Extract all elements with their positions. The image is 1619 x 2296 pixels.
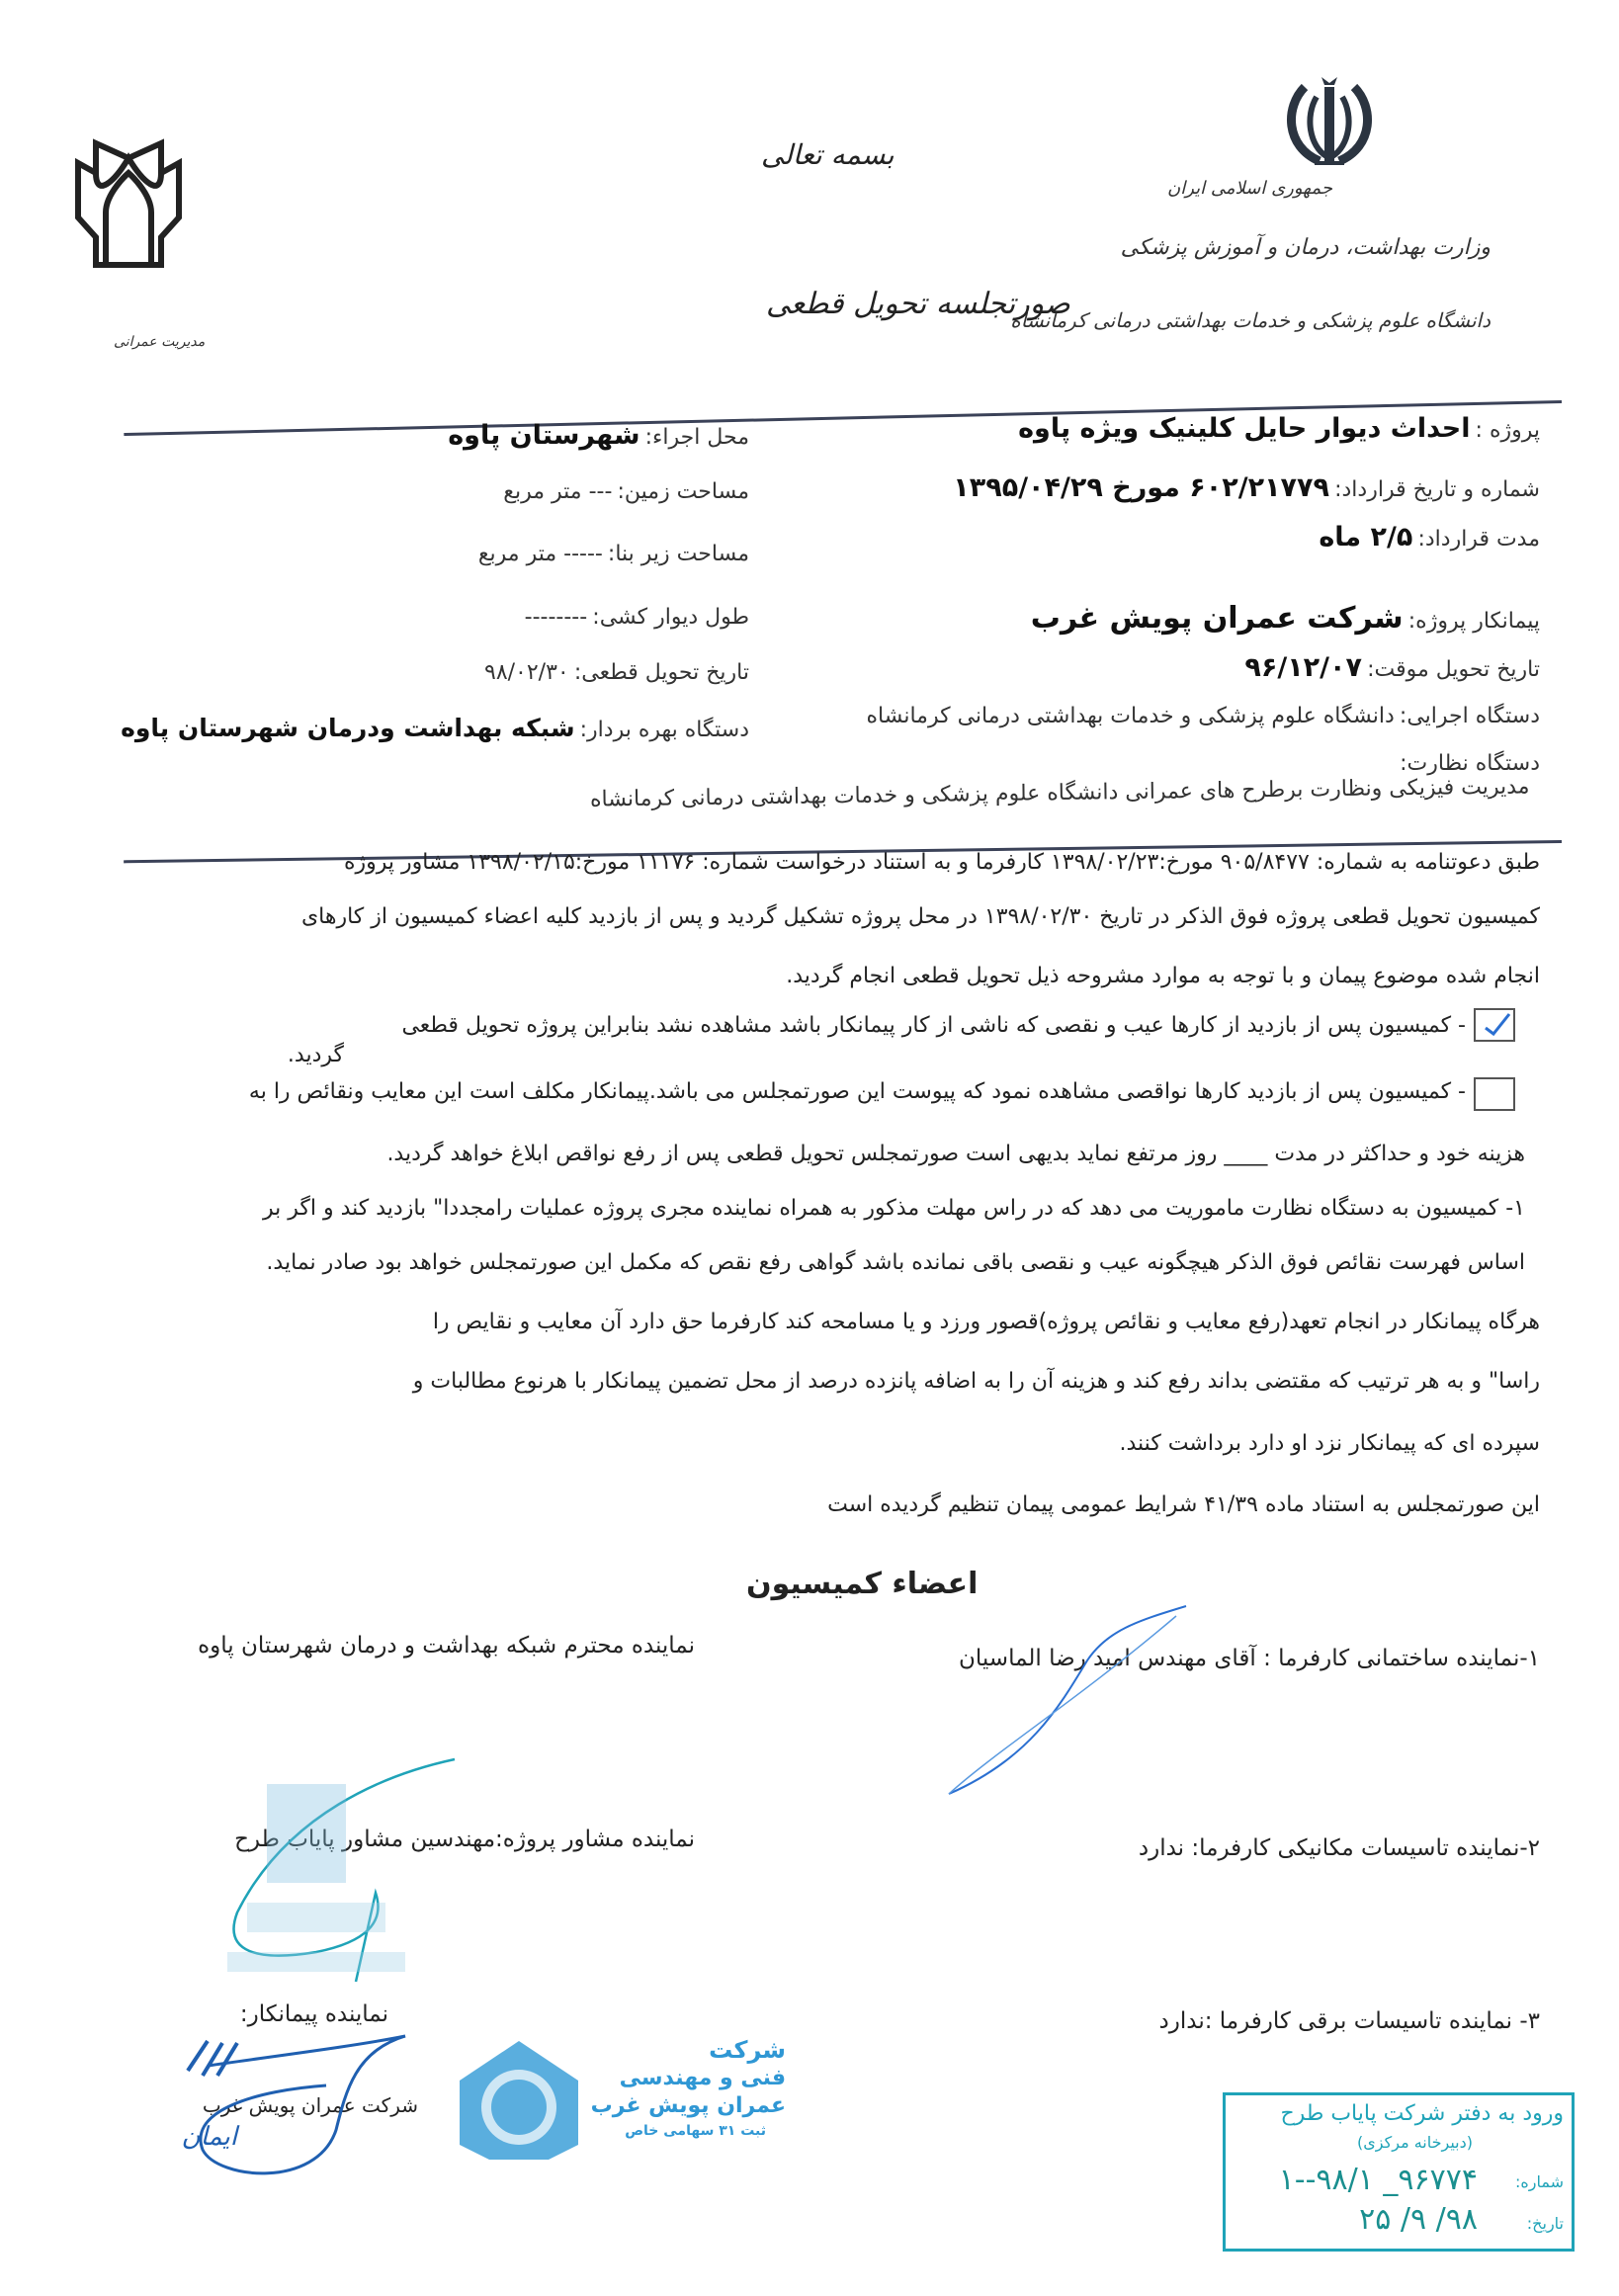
- supervisor-row: دستگاه نظارت:: [1400, 751, 1540, 776]
- wall-length-value: --------: [525, 605, 588, 630]
- option-no-defects-line-2: گردید.: [288, 1043, 344, 1067]
- operator-org-label: دستگاه بهره بردار:: [580, 718, 749, 742]
- option-defects-line-1: - کمیسیون پس از بازدید کارها نواقصی مشاه…: [249, 1079, 1466, 1104]
- project-label: پروژه :: [1476, 418, 1540, 443]
- contractor-row: پیمانکار پروژه: شرکت عمران پویش غرب: [1031, 601, 1540, 636]
- university-name: دانشگاه علوم پزشکی و خدمات بهداشتی درمان…: [1010, 308, 1491, 332]
- receipt-stamp-subtitle: (دبیرخانه مرکزی): [1357, 2133, 1473, 2152]
- contract-number-row: شماره و تاریخ قرارداد: ۶۰۲/۲۱۷۷۹ مورخ ۱۳…: [953, 472, 1540, 503]
- land-area-row: مساحت زمین: --- متر مربع: [503, 479, 749, 504]
- contractor-stamp: شرکت فنی و مهندسی عمران پویش غرب ثبت ۳۱ …: [450, 2036, 786, 2165]
- temp-delivery-value: ۹۶/۱۲/۰۷: [1244, 652, 1362, 683]
- clause-line-2: اساس فهرست نقائص فوق الذکر هیچگونه عیب و…: [266, 1250, 1525, 1275]
- intro-line-3: انجام شده موضوع پیمان و با توجه به موارد…: [786, 964, 1540, 988]
- closing-line: این صورتمجلس به استناد ماده ۴۱/۳۹ شرایط …: [827, 1492, 1540, 1517]
- intro-line-2: کمیسیون تحویل قطعی پروژه فوق الذکر در تا…: [301, 904, 1540, 929]
- location-label: محل اجراء:: [645, 425, 749, 450]
- project-row: پروژه : احداث دیوار حایل کلینیک ویژه پاو…: [1018, 413, 1540, 444]
- university-logo-icon: [74, 128, 183, 287]
- operator-org-row: دستگاه بهره بردار: شبکه بهداشت ودرمان شه…: [121, 714, 749, 742]
- receipt-date-value: ۹۸/ ۹/ ۲۵: [1359, 2202, 1478, 2237]
- clause-line-5: سپرده ای که پیمانکار نزد او دارد برداشت …: [1120, 1431, 1541, 1456]
- consultant-stamp-icon: [227, 1784, 405, 1982]
- contract-duration-label: مدت قرارداد:: [1417, 527, 1540, 552]
- receipt-number-label: شماره:: [1515, 2172, 1564, 2191]
- contractor-stamp-line-3: عمران پویش غرب: [591, 2093, 786, 2118]
- receipt-stamp: ورود به دفتر شرکت پایاب طرح (دبیرخانه مر…: [1223, 2092, 1575, 2252]
- contractor-stamp-line-1: شرکت: [709, 2036, 786, 2064]
- clause-line-1: ۱- کمیسیون به دستگاه نظارت ماموریت می ده…: [263, 1196, 1525, 1221]
- executive-org-row: دستگاه اجرایی: دانشگاه علوم پزشکی و خدما…: [867, 704, 1541, 728]
- option-no-defects-checkbox[interactable]: [1474, 1008, 1515, 1042]
- ministry-name: وزارت بهداشت، درمان و آموزش پزشکی: [1121, 235, 1491, 260]
- executive-org-value: دانشگاه علوم پزشکی و خدمات بهداشتی درمان…: [867, 704, 1395, 728]
- land-area-value: --- متر مربع: [503, 479, 612, 504]
- signature-contractor-icon: ایمان: [178, 2031, 435, 2189]
- supervisor-label: دستگاه نظارت:: [1400, 751, 1540, 776]
- built-area-row: مساحت زیر بنا: ----- متر مربع: [478, 542, 749, 566]
- intro-line-1: طبق دعوتنامه به شماره: ۹۰۵/۸۴۷۷ مورخ:۱۳۹…: [344, 850, 1540, 875]
- member-employer-electrical: ۳- نماینده تاسیسات برقی کارفرما :ندارد: [1159, 2008, 1540, 2034]
- built-area-label: مساحت زیر بنا:: [608, 542, 749, 566]
- built-area-value: ----- متر مربع: [478, 542, 603, 566]
- option-no-defects-line-1: - کمیسیون پس از بازدید از کارها عیب و نق…: [401, 1013, 1466, 1038]
- wall-length-row: طول دیوار کشی: --------: [525, 605, 749, 630]
- supervisor-value: مدیریت فیزیکی ونظارت برطرح های عمرانی دا…: [590, 774, 1530, 811]
- temp-delivery-row: تاریخ تحویل موقت: ۹۶/۱۲/۰۷: [1244, 652, 1540, 683]
- location-value: شهرستان پاوه: [448, 420, 639, 451]
- basmala: بسمه تعالی: [761, 138, 895, 171]
- project-value: احداث دیوار حایل کلینیک ویژه پاوه: [1018, 413, 1470, 444]
- member-employer-mechanical: ۲-نماینده تاسیسات مکانیکی کارفرما: ندارد: [1139, 1835, 1540, 1861]
- contractor-value: شرکت عمران پویش غرب: [1031, 601, 1404, 636]
- clause-line-4: راسا" و به هر ترتیب که مقتضی بداند رفع ک…: [413, 1369, 1540, 1394]
- committee-title: اعضاء کمیسیون: [746, 1567, 978, 1601]
- signature-employer-icon: [939, 1601, 1196, 1799]
- clause-line-3: هرگاه پیمانکار در انجام تعهد(رفع معایب و…: [433, 1310, 1540, 1334]
- document-title: صورتجلسه تحویل قطعی: [766, 287, 1070, 321]
- contractor-stamp-line-4: ثبت ۳۱ سهامی خاص: [625, 2123, 766, 2139]
- iran-emblem-icon: [1275, 67, 1384, 176]
- contract-duration-row: مدت قرارداد: ۲/۵ ماه: [1319, 522, 1540, 553]
- operator-org-value: شبکه بهداشت ودرمان شهرستان پاوه: [121, 714, 574, 742]
- land-area-label: مساحت زمین:: [617, 479, 749, 504]
- receipt-number-value: ۹۶۷۷۴_ ۹۸/۱--۱: [1279, 2163, 1478, 2197]
- emblem-caption: جمهوری اسلامی ایران: [1167, 178, 1332, 199]
- final-delivery-value: ۹۸/۰۲/۳۰: [484, 660, 569, 685]
- contractor-stamp-logo-icon: [450, 2036, 588, 2165]
- contract-number-value: ۶۰۲/۲۱۷۷۹ مورخ ۱۳۹۵/۰۴/۲۹: [953, 472, 1329, 503]
- location-row: محل اجراء: شهرستان پاوه: [448, 420, 749, 451]
- svg-text:ایمان: ایمان: [181, 2122, 239, 2152]
- member-contractor-label: نماینده پیمانکار:: [240, 2001, 388, 2027]
- wall-length-label: طول دیوار کشی:: [592, 605, 749, 630]
- option-defects-line-2: هزینه خود و حداکثر در مدت ____ روز مرتفع…: [386, 1142, 1525, 1166]
- receipt-date-label: تاریخ:: [1527, 2214, 1564, 2233]
- contractor-label: پیمانکار پروژه:: [1408, 609, 1540, 634]
- contract-number-label: شماره و تاریخ قرارداد:: [1334, 477, 1540, 502]
- logo-caption: مدیریت عمرانی: [114, 334, 205, 350]
- final-delivery-label: تاریخ تحویل قطعی:: [574, 660, 749, 685]
- executive-org-label: دستگاه اجرایی:: [1400, 704, 1540, 728]
- contract-duration-value: ۲/۵ ماه: [1319, 522, 1412, 553]
- member-health-network: نماینده محترم شبکه بهداشت و درمان شهرستا…: [198, 1633, 695, 1658]
- final-delivery-row: تاریخ تحویل قطعی: ۹۸/۰۲/۳۰: [484, 660, 749, 685]
- option-defects-checkbox[interactable]: [1474, 1077, 1515, 1111]
- contractor-stamp-line-2: فنی و مهندسی: [620, 2066, 786, 2090]
- receipt-stamp-title: ورود به دفتر شرکت پایاب طرح: [1280, 2101, 1564, 2126]
- temp-delivery-label: تاریخ تحویل موقت:: [1367, 657, 1540, 682]
